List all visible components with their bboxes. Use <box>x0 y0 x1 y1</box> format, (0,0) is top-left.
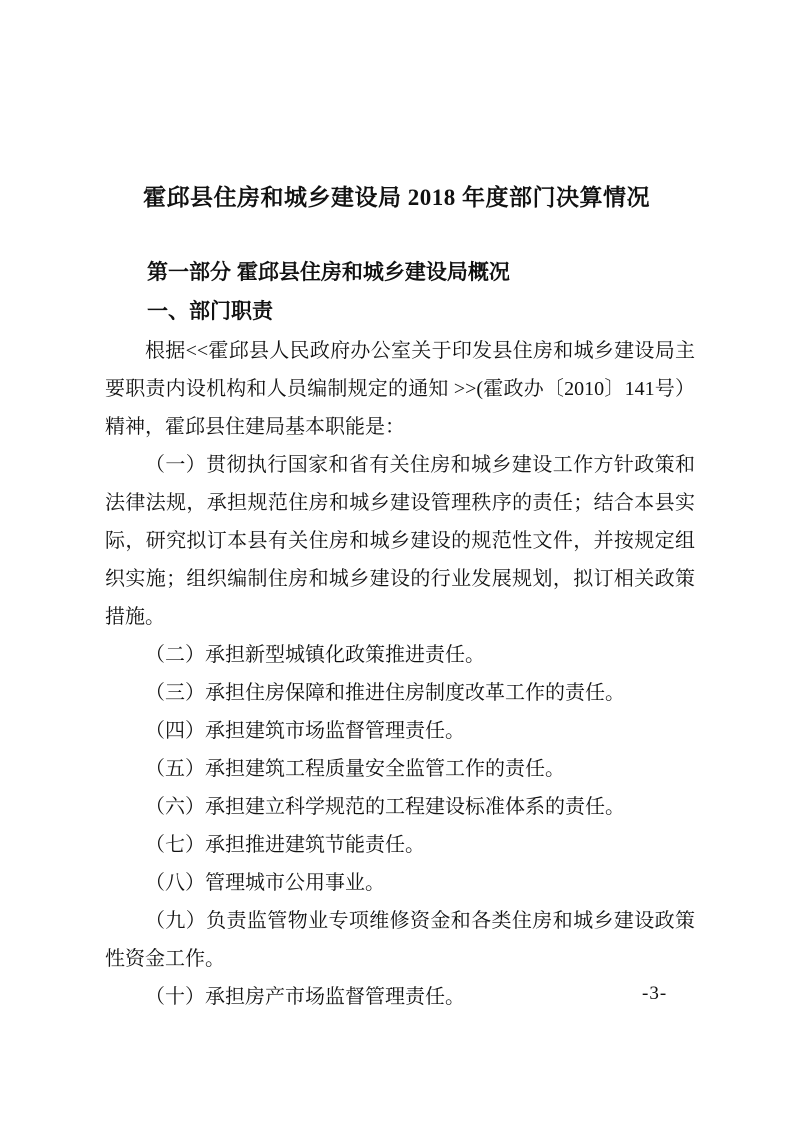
paragraph: （七）承担推进建筑节能责任。 <box>105 826 695 864</box>
paragraph: （四）承担建筑市场监督管理责任。 <box>105 712 695 750</box>
document-body: 根据<<霍邱县人民政府办公室关于印发县住房和城乡建设局主要职责内设机构和人员编制… <box>105 332 695 1016</box>
paragraph: （二）承担新型城镇化政策推进责任。 <box>105 636 695 674</box>
subsection-heading: 一、部门职责 <box>147 299 793 324</box>
document-page: 霍邱县住房和城乡建设局 2018 年度部门决算情况 第一部分 霍邱县住房和城乡建… <box>0 0 793 1122</box>
paragraph: （五）承担建筑工程质量安全监管工作的责任。 <box>105 750 695 788</box>
paragraph: （一）贯彻执行国家和省有关住房和城乡建设工作方针政策和法律法规，承担规范住房和城… <box>105 446 695 636</box>
paragraph: （十）承担房产市场监督管理责任。 <box>105 978 695 1016</box>
paragraph: （八）管理城市公用事业。 <box>105 864 695 902</box>
paragraph: 根据<<霍邱县人民政府办公室关于印发县住房和城乡建设局主要职责内设机构和人员编制… <box>105 332 695 446</box>
paragraph: （三）承担住房保障和推进住房制度改革工作的责任。 <box>105 674 695 712</box>
document-title: 霍邱县住房和城乡建设局 2018 年度部门决算情况 <box>0 183 793 213</box>
page-number: -3- <box>642 983 667 1005</box>
paragraph: （六）承担建立科学规范的工程建设标准体系的责任。 <box>105 788 695 826</box>
paragraph: （九）负责监管物业专项维修资金和各类住房和城乡建设政策性资金工作。 <box>105 902 695 978</box>
section-heading: 第一部分 霍邱县住房和城乡建设局概况 <box>147 260 793 285</box>
